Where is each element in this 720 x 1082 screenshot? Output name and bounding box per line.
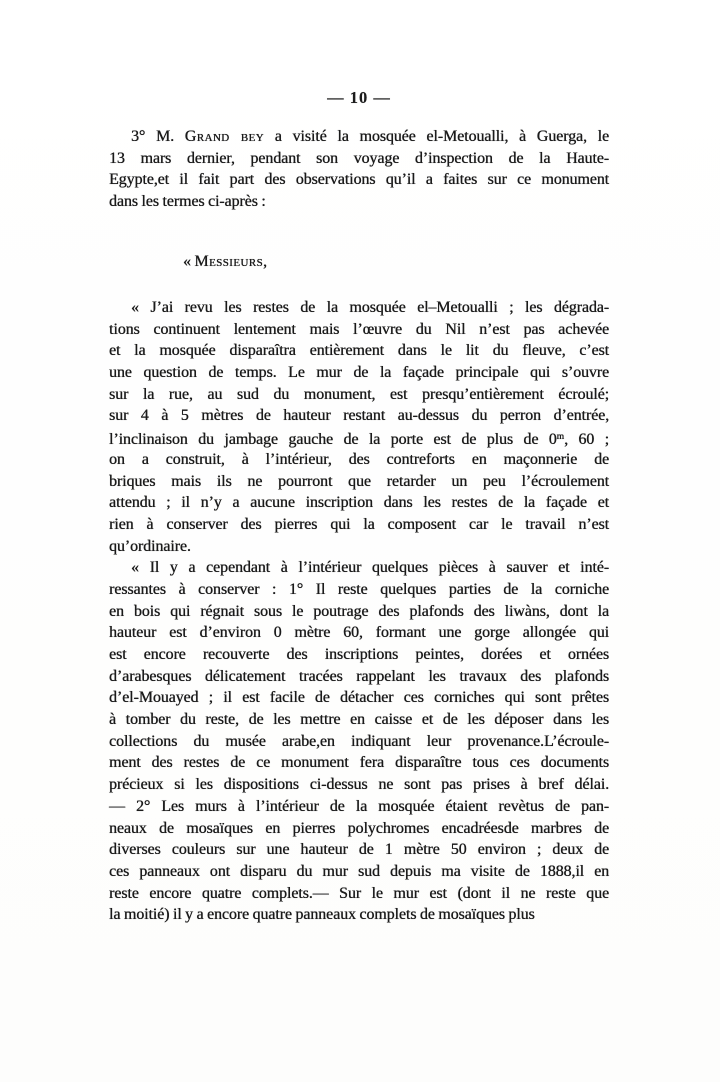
text-segment: ces panneaux ont disparu du mur sud depu… <box>109 863 609 880</box>
text-line: reste encore quatre complets.— Sur le mu… <box>109 883 609 905</box>
text-line: ressantes à conserver : 1° Il reste quel… <box>109 579 609 601</box>
text-segment: d’el-Mouayed ; il est facile de détacher… <box>109 689 609 706</box>
text-segment: une question de temps. Le mur de la faça… <box>109 364 609 381</box>
text-line: ces panneaux ont disparu du mur sud depu… <box>109 861 609 883</box>
text-line: rien à conserver des pierres qui la comp… <box>109 514 609 536</box>
text-line: une question de temps. Le mur de la faça… <box>109 362 609 384</box>
text-line: l’inclinaison du jambage gauche de la po… <box>109 427 609 449</box>
text-line: précieux si les dispositions ci-dessus n… <box>109 774 609 796</box>
small-caps-text: Messieurs <box>194 253 263 270</box>
text-line: diverses couleurs sur une hauteur de 1 m… <box>109 839 609 861</box>
text-segment: , <box>263 253 267 270</box>
text-segment: ressantes à conserver : 1° Il reste quel… <box>109 581 609 598</box>
text-line: et la mosquée disparaîtra entièrement da… <box>109 340 609 362</box>
text-line: en bois qui régnait sous le poutrage des… <box>109 601 609 623</box>
text-segment: hauteur est d’environ 0 mètre 60, forman… <box>109 624 609 641</box>
text-line: d’arabesques délicatement tracées rappel… <box>109 666 609 688</box>
text-segment: reste encore quatre complets.— Sur le mu… <box>109 885 609 902</box>
text-segment: tions continuent lentement mais l’œuvre … <box>109 321 609 338</box>
text-line: briques mais ils ne pourront que retarde… <box>109 471 609 493</box>
text-segment: Egypte,et il fait part des observations … <box>109 171 609 188</box>
text-segment: , 60 ; <box>564 431 609 448</box>
text-line: tions continuent lentement mais l’œuvre … <box>109 319 609 341</box>
text-segment: collections du musée arabe,en indiquant … <box>109 733 609 750</box>
text-segment: la moitié) il y a encore quatre panneaux… <box>109 906 535 923</box>
text-line: sur la rue, au sud du monument, est pres… <box>109 384 609 406</box>
text-segment: neaux de mosaïques en pierres polychrome… <box>109 820 609 837</box>
small-caps-text: Grand bey <box>185 128 264 145</box>
text-segment: diverses couleurs sur une hauteur de 1 m… <box>109 841 609 858</box>
salutation-line: « Messieurs, <box>109 251 609 273</box>
text-segment: sur 4 à 5 mètres de hauteur restant au-d… <box>109 407 609 424</box>
text-line: 3° M. Grand bey a visité la mosquée el-M… <box>109 126 609 148</box>
text-segment: dans les termes ci-après : <box>109 193 266 210</box>
text-line: qu’ordinaire. <box>109 536 609 558</box>
text-line: — 2° Les murs à l’intérieur de la mosqué… <box>109 796 609 818</box>
page-number: — 10 — <box>109 88 609 108</box>
text-segment: qu’ordinaire. <box>109 538 191 555</box>
text-segment: d’arabesques délicatement tracées rappel… <box>109 668 609 685</box>
text-line: ment des restes de ce monument fera disp… <box>109 752 609 774</box>
text-segment: l’inclinaison du jambage gauche de la po… <box>109 431 557 448</box>
scanned-page: — 10 — 3° M. Grand bey a visité la mosqu… <box>0 0 720 1082</box>
intro-paragraph: 3° M. Grand bey a visité la mosquée el-M… <box>109 126 609 213</box>
text-segment: « <box>183 253 194 270</box>
text-line: « J’ai revu les restes de la mosquée el–… <box>109 297 609 319</box>
text-line: on a construit, à l’intérieur, des contr… <box>109 449 609 471</box>
text-line: d’el-Mouayed ; il est facile de détacher… <box>109 687 609 709</box>
report-paragraph-2: « Il y a cependant à l’intérieur quelque… <box>109 557 609 926</box>
text-line: hauteur est d’environ 0 mètre 60, forman… <box>109 622 609 644</box>
text-line: est encore recouverte des inscriptions p… <box>109 644 609 666</box>
text-segment: ment des restes de ce monument fera disp… <box>109 754 609 771</box>
text-segment: on a construit, à l’intérieur, des contr… <box>109 451 609 468</box>
text-line: neaux de mosaïques en pierres polychrome… <box>109 818 609 840</box>
text-segment: « J’ai revu les restes de la mosquée el–… <box>131 299 609 316</box>
report-paragraph-1: « J’ai revu les restes de la mosquée el–… <box>109 297 609 557</box>
text-segment: en bois qui régnait sous le poutrage des… <box>109 603 609 620</box>
text-segment: est encore recouverte des inscriptions p… <box>109 646 609 663</box>
text-segment: sur la rue, au sud du monument, est pres… <box>109 386 609 403</box>
text-line: dans les termes ci-après : <box>109 191 609 213</box>
text-segment: précieux si les dispositions ci-dessus n… <box>109 776 609 793</box>
text-segment: et la mosquée disparaîtra entièrement da… <box>109 342 609 359</box>
text-line: sur 4 à 5 mètres de hauteur restant au-d… <box>109 405 609 427</box>
text-line: attendu ; il n’y a aucune inscription da… <box>109 492 609 514</box>
text-line: la moitié) il y a encore quatre panneaux… <box>109 904 609 926</box>
text-segment: briques mais ils ne pourront que retarde… <box>109 473 609 490</box>
report-body: « J’ai revu les restes de la mosquée el–… <box>109 297 609 926</box>
text-segment: 13 mars dernier, pendant son voyage d’in… <box>109 150 609 167</box>
superscript-text: m <box>557 432 564 442</box>
text-segment: a visité la mosquée el-Metoualli, à Guer… <box>264 128 609 145</box>
text-line: à tomber du reste, de les mettre en cais… <box>109 709 609 731</box>
text-line: « Il y a cependant à l’intérieur quelque… <box>109 557 609 579</box>
text-line: Egypte,et il fait part des observations … <box>109 169 609 191</box>
text-line: collections du musée arabe,en indiquant … <box>109 731 609 753</box>
text-segment: « Il y a cependant à l’intérieur quelque… <box>131 559 609 576</box>
text-segment: 3° M. <box>131 128 185 145</box>
text-segment: à tomber du reste, de les mettre en cais… <box>109 711 609 728</box>
text-segment: — 2° Les murs à l’intérieur de la mosqué… <box>109 798 609 815</box>
text-line: « Messieurs, <box>109 251 609 273</box>
text-segment: attendu ; il n’y a aucune inscription da… <box>109 494 609 511</box>
text-segment: rien à conserver des pierres qui la comp… <box>109 516 609 533</box>
text-line: 13 mars dernier, pendant son voyage d’in… <box>109 148 609 170</box>
